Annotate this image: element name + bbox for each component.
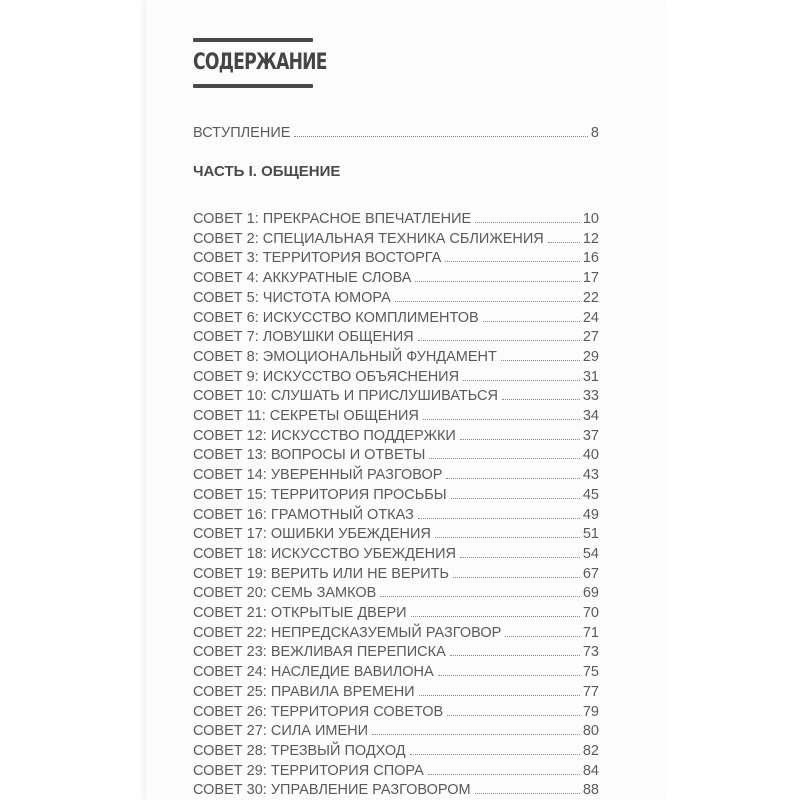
toc-entry-page: 8: [588, 124, 599, 143]
dot-leader: [463, 380, 580, 381]
toc-entry: СОВЕТ 19: ВЕРИТЬ ИЛИ НЕ ВЕРИТЬ67: [193, 565, 599, 584]
dot-leader: [428, 774, 580, 775]
dot-leader: [395, 301, 580, 302]
toc-entry-label: СОВЕТ 24: НАСЛЕДИЕ ВАВИЛОНА: [193, 663, 438, 682]
toc-entry-label: СОВЕТ 25: ПРАВИЛА ВРЕМЕНИ: [193, 683, 419, 702]
toc-entry-label: СОВЕТ 30: УПРАВЛЕНИЕ РАЗГОВОРОМ: [193, 781, 475, 800]
toc-entry: СОВЕТ 15: ТЕРРИТОРИЯ ПРОСЬБЫ45: [193, 486, 599, 505]
toc-entry-page: 79: [580, 703, 599, 722]
toc-entry: СОВЕТ 12: ИСКУССТВО ПОДДЕРЖКИ37: [193, 427, 599, 446]
toc-entry-page: 45: [580, 486, 599, 505]
dot-leader: [411, 616, 580, 617]
toc-entry: СОВЕТ 4: АККУРАТНЫЕ СЛОВА17: [193, 269, 599, 288]
dot-leader: [548, 242, 580, 243]
toc-entry-label: СОВЕТ 4: АККУРАТНЫЕ СЛОВА: [193, 269, 415, 288]
toc-entry: СОВЕТ 9: ИСКУССТВО ОБЪЯСНЕНИЯ31: [193, 368, 599, 387]
page-title: СОДЕРЖАНИЕ: [193, 44, 287, 82]
toc-entry: СОВЕТ 29: ТЕРРИТОРИЯ СПОРА84: [193, 762, 599, 781]
toc-entry: СОВЕТ 7: ЛОВУШКИ ОБЩЕНИЯ27: [193, 328, 599, 347]
toc-entry-page: 31: [580, 368, 599, 387]
dot-leader: [501, 360, 580, 361]
dot-leader: [447, 715, 580, 716]
toc-entry-label: СОВЕТ 11: СЕКРЕТЫ ОБЩЕНИЯ: [193, 407, 423, 426]
toc-entry: СОВЕТ 30: УПРАВЛЕНИЕ РАЗГОВОРОМ88: [193, 781, 599, 800]
toc-entry-label: СОВЕТ 5: ЧИСТОТА ЮМОРА: [193, 289, 395, 308]
toc-entry-label: СОВЕТ 27: СИЛА ИМЕНИ: [193, 722, 372, 741]
toc-entry-page: 43: [580, 466, 599, 485]
dot-leader: [372, 734, 580, 735]
toc-entry: СОВЕТ 5: ЧИСТОТА ЮМОРА22: [193, 289, 599, 308]
toc-entry: СОВЕТ 3: ТЕРРИТОРИЯ ВОСТОРГА16: [193, 249, 599, 268]
dot-leader: [294, 136, 588, 137]
toc-entry-page: 71: [580, 624, 599, 643]
toc-entry-label: СОВЕТ 18: ИСКУССТВО УБЕЖДЕНИЯ: [193, 545, 460, 564]
toc-entry: СОВЕТ 23: ВЕЖЛИВАЯ ПЕРЕПИСКА73: [193, 643, 599, 662]
toc-entry: СОВЕТ 6: ИСКУССТВО КОМПЛИМЕНТОВ24: [193, 309, 599, 328]
dot-leader: [418, 340, 580, 341]
toc-entry-label: СОВЕТ 12: ИСКУССТВО ПОДДЕРЖКИ: [193, 427, 460, 446]
toc-entry-page: 27: [580, 328, 599, 347]
dot-leader: [445, 261, 580, 262]
toc-entry: СОВЕТ 20: СЕМЬ ЗАМКОВ69: [193, 584, 599, 603]
toc-entry-label: СОВЕТ 6: ИСКУССТВО КОМПЛИМЕНТОВ: [193, 309, 483, 328]
toc-entry-label: СОВЕТ 7: ЛОВУШКИ ОБЩЕНИЯ: [193, 328, 418, 347]
dot-leader: [483, 321, 580, 322]
toc-entry: СОВЕТ 25: ПРАВИЛА ВРЕМЕНИ77: [193, 683, 599, 702]
toc-entry-page: 24: [580, 309, 599, 328]
toc-entry: СОВЕТ 28: ТРЕЗВЫЙ ПОДХОД82: [193, 742, 599, 761]
toc-entry-page: 75: [580, 663, 599, 682]
toc-entry: СОВЕТ 24: НАСЛЕДИЕ ВАВИЛОНА75: [193, 663, 599, 682]
toc-entry-page: 51: [580, 525, 599, 544]
toc-entry-page: 34: [580, 407, 599, 426]
toc-entry-label: СОВЕТ 13: ВОПРОСЫ И ОТВЕТЫ: [193, 446, 429, 465]
toc-entry-label: СОВЕТ 3: ТЕРРИТОРИЯ ВОСТОРГА: [193, 249, 445, 268]
dot-leader: [475, 793, 580, 794]
toc-entry-page: 49: [580, 506, 599, 525]
toc-entry: СОВЕТ 10: СЛУШАТЬ И ПРИСЛУШИВАТЬСЯ33: [193, 387, 599, 406]
toc-entry-page: 82: [580, 742, 599, 761]
toc-entry-page: 84: [580, 762, 599, 781]
toc-entry-page: 40: [580, 446, 599, 465]
dot-leader: [418, 518, 580, 519]
toc-entry-label: СОВЕТ 9: ИСКУССТВО ОБЪЯСНЕНИЯ: [193, 368, 463, 387]
toc-entry-label: СОВЕТ 2: СПЕЦИАЛЬНАЯ ТЕХНИКА СБЛИЖЕНИЯ: [193, 230, 548, 249]
toc-entry-page: 88: [580, 781, 599, 800]
toc-entry-label: СОВЕТ 28: ТРЕЗВЫЙ ПОДХОД: [193, 742, 410, 761]
dot-leader: [380, 596, 580, 597]
part-heading: ЧАСТЬ I. ОБЩЕНИЕ: [193, 163, 340, 180]
toc-entry-page: 22: [580, 289, 599, 308]
toc-entry-label: СОВЕТ 22: НЕПРЕДСКАЗУЕМЫЙ РАЗГОВОР: [193, 624, 505, 643]
toc-entry-label: СОВЕТ 10: СЛУШАТЬ И ПРИСЛУШИВАТЬСЯ: [193, 387, 502, 406]
toc-entry: СОВЕТ 13: ВОПРОСЫ И ОТВЕТЫ40: [193, 446, 599, 465]
title-bottom-rule: [193, 84, 313, 88]
toc-entry: СОВЕТ 21: ОТКРЫТЫЕ ДВЕРИ70: [193, 604, 599, 623]
toc-entry-page: 73: [580, 643, 599, 662]
toc-entry-label: СОВЕТ 23: ВЕЖЛИВАЯ ПЕРЕПИСКА: [193, 643, 450, 662]
toc-entry-label: СОВЕТ 14: УВЕРЕННЫЙ РАЗГОВОР: [193, 466, 446, 485]
toc-entry-page: 29: [580, 348, 599, 367]
toc-entry-label: СОВЕТ 15: ТЕРРИТОРИЯ ПРОСЬБЫ: [193, 486, 451, 505]
dot-leader: [419, 695, 580, 696]
dot-leader: [446, 478, 579, 479]
toc-entry-label: СОВЕТ 26: ТЕРРИТОРИЯ СОВЕТОВ: [193, 703, 447, 722]
toc-entry: СОВЕТ 22: НЕПРЕДСКАЗУЕМЫЙ РАЗГОВОР71: [193, 624, 599, 643]
dot-leader: [505, 636, 580, 637]
toc-entry-label: СОВЕТ 21: ОТКРЫТЫЕ ДВЕРИ: [193, 604, 411, 623]
toc-entry-intro: ВСТУПЛЕНИЕ 8: [193, 124, 599, 143]
toc-entry-page: 17: [580, 269, 599, 288]
toc-entry-label: СОВЕТ 8: ЭМОЦИОНАЛЬНЫЙ ФУНДАМЕНТ: [193, 348, 501, 367]
toc-entry: СОВЕТ 16: ГРАМОТНЫЙ ОТКАЗ49: [193, 506, 599, 525]
toc-entry-page: 12: [580, 230, 599, 249]
toc-entry: СОВЕТ 8: ЭМОЦИОНАЛЬНЫЙ ФУНДАМЕНТ29: [193, 348, 599, 367]
toc-entry-page: 80: [580, 722, 599, 741]
dot-leader: [415, 281, 579, 282]
toc-entry-label: СОВЕТ 16: ГРАМОТНЫЙ ОТКАЗ: [193, 506, 418, 525]
toc-title-block: СОДЕРЖАНИЕ: [193, 38, 313, 88]
toc-entry: СОВЕТ 17: ОШИБКИ УБЕЖДЕНИЯ51: [193, 525, 599, 544]
dot-leader: [453, 577, 580, 578]
toc-entry-page: 77: [580, 683, 599, 702]
dot-leader: [502, 399, 580, 400]
dot-leader: [460, 439, 580, 440]
toc-entry-label: СОВЕТ 29: ТЕРРИТОРИЯ СПОРА: [193, 762, 428, 781]
dot-leader: [475, 222, 580, 223]
dot-leader: [423, 419, 580, 420]
toc-entry-page: 33: [580, 387, 599, 406]
toc-entry: СОВЕТ 11: СЕКРЕТЫ ОБЩЕНИЯ34: [193, 407, 599, 426]
dot-leader: [438, 675, 580, 676]
dot-leader: [460, 557, 580, 558]
toc-entry-label: СОВЕТ 1: ПРЕКРАСНОЕ ВПЕЧАТЛЕНИЕ: [193, 210, 475, 229]
toc-entry-page: 16: [580, 249, 599, 268]
toc-entry-page: 70: [580, 604, 599, 623]
title-top-rule: [193, 38, 313, 42]
toc-entry: СОВЕТ 18: ИСКУССТВО УБЕЖДЕНИЯ54: [193, 545, 599, 564]
toc-entry: СОВЕТ 1: ПРЕКРАСНОЕ ВПЕЧАТЛЕНИЕ10: [193, 210, 599, 229]
toc-entry-label: СОВЕТ 17: ОШИБКИ УБЕЖДЕНИЯ: [193, 525, 435, 544]
toc-entry-page: 37: [580, 427, 599, 446]
toc-entry-page: 54: [580, 545, 599, 564]
toc-entry-label: СОВЕТ 20: СЕМЬ ЗАМКОВ: [193, 584, 380, 603]
toc-entry-page: 69: [580, 584, 599, 603]
toc-entry-page: 10: [580, 210, 599, 229]
dot-leader: [410, 754, 580, 755]
toc-entry-page: 67: [580, 565, 599, 584]
dot-leader: [435, 537, 580, 538]
dot-leader: [450, 655, 580, 656]
toc-entry: СОВЕТ 14: УВЕРЕННЫЙ РАЗГОВОР43: [193, 466, 599, 485]
toc-entry: СОВЕТ 26: ТЕРРИТОРИЯ СОВЕТОВ79: [193, 703, 599, 722]
toc-entry-label: ВСТУПЛЕНИЕ: [193, 124, 294, 143]
dot-leader: [451, 498, 580, 499]
toc-entry: СОВЕТ 27: СИЛА ИМЕНИ80: [193, 722, 599, 741]
toc-entry-label: СОВЕТ 19: ВЕРИТЬ ИЛИ НЕ ВЕРИТЬ: [193, 565, 453, 584]
toc-entry: СОВЕТ 2: СПЕЦИАЛЬНАЯ ТЕХНИКА СБЛИЖЕНИЯ12: [193, 230, 599, 249]
dot-leader: [429, 458, 580, 459]
